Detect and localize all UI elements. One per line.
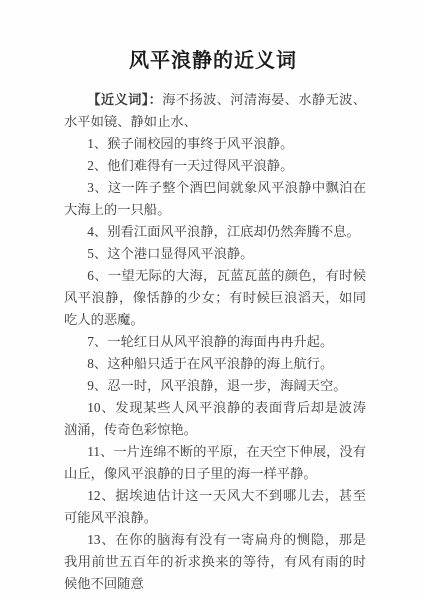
sentence-list: 1、猴子闹校园的事终于风平浪静。 2、他们难得有一天过得风平浪静。 3、这一阵子…	[64, 133, 366, 595]
sentence-text: 一望无际的大海，瓦蓝瓦蓝的颜色，有时候风平浪静，像恬静的少女；有时候巨浪滔天，如…	[64, 268, 366, 327]
page-title: 风平浪静的近义词	[64, 49, 362, 73]
sentence-text: 一轮红日从风平浪静的海面冉冉升起。	[107, 334, 333, 349]
sentence-number: 1、	[87, 136, 107, 151]
sentence-number: 7、	[87, 334, 107, 349]
synonyms-label: 【近义词】：	[87, 92, 162, 107]
sentence-number: 13、	[87, 532, 115, 547]
sentence-paragraph: 2、他们难得有一天过得风平浪静。	[64, 155, 366, 177]
sentence-number: 8、	[87, 356, 107, 371]
sentence-paragraph: 1、猴子闹校园的事终于风平浪静。	[64, 133, 366, 155]
sentence-paragraph: 6、一望无际的大海，瓦蓝瓦蓝的颜色，有时候风平浪静，像恬静的少女；有时候巨浪滔天…	[64, 265, 366, 331]
sentence-paragraph: 13、在你的脑海有没有一寄扁舟的恻隐，那是我用前世五百年的祈求换来的等待，有风有…	[64, 529, 366, 595]
sentence-number: 10、	[87, 400, 115, 415]
sentence-text: 这个港口显得风平浪静。	[107, 246, 253, 261]
sentence-paragraph: 12、据埃迪估计这一天风大不到哪儿去，甚至可能风平浪静。	[64, 485, 366, 529]
sentence-number: 5、	[87, 246, 107, 261]
sentence-text: 别看江面风平浪静，江底却仍然奔腾不息。	[107, 224, 360, 239]
sentence-paragraph: 10、发现某些人风平浪静的表面背后却是波涛汹涌，传奇色彩惊艳。	[64, 397, 366, 441]
sentence-number: 4、	[87, 224, 107, 239]
sentence-number: 11、	[87, 444, 113, 459]
sentence-number: 2、	[87, 158, 107, 173]
sentence-paragraph: 3、这一阵子整个酒巴间就象风平浪静中飘泊在大海上的一只船。	[64, 177, 366, 221]
sentence-paragraph: 4、别看江面风平浪静，江底却仍然奔腾不息。	[64, 221, 366, 243]
sentence-number: 12、	[87, 488, 115, 503]
sentence-text: 这一阵子整个酒巴间就象风平浪静中飘泊在大海上的一只船。	[64, 180, 366, 217]
sentence-paragraph: 9、忍一时，风平浪静，退一步，海阔天空。	[64, 375, 366, 397]
sentence-number: 6、	[87, 268, 108, 283]
sentence-number: 3、	[87, 180, 108, 195]
sentence-paragraph: 7、一轮红日从风平浪静的海面冉冉升起。	[64, 331, 366, 353]
document-page: 风平浪静的近义词 【近义词】：海不扬波、河清海晏、水静无波、水平如镜、静如止水、…	[0, 0, 424, 600]
sentence-text: 猴子闹校园的事终于风平浪静。	[107, 136, 293, 151]
sentence-text: 这种船只适于在风平浪静的海上航行。	[107, 356, 333, 371]
sentence-number: 9、	[87, 378, 107, 393]
synonyms-paragraph: 【近义词】：海不扬波、河清海晏、水静无波、水平如镜、静如止水、	[64, 89, 366, 133]
sentence-text: 忍一时，风平浪静，退一步，海阔天空。	[107, 378, 346, 393]
document-body: 【近义词】：海不扬波、河清海晏、水静无波、水平如镜、静如止水、 1、猴子闹校园的…	[64, 89, 366, 595]
sentence-paragraph: 5、这个港口显得风平浪静。	[64, 243, 366, 265]
sentence-paragraph: 8、这种船只适于在风平浪静的海上航行。	[64, 353, 366, 375]
sentence-text: 他们难得有一天过得风平浪静。	[107, 158, 293, 173]
sentence-paragraph: 11、一片连绵不断的平原，在天空下伸展，没有山丘，像风平浪静的日子里的海一样平静…	[64, 441, 366, 485]
